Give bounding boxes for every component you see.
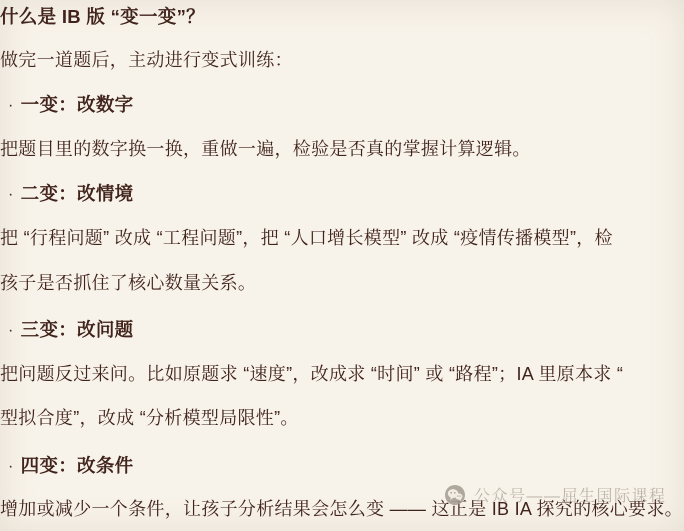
article-title: 什么是 IB 版 “变一变”？ xyxy=(0,4,684,30)
section-1-body-line: 把题目里的数字换一换，重做一遍，检验是否真的掌握计算逻辑。 xyxy=(0,136,684,162)
article-intro: 做完一道题后，主动进行变式训练： xyxy=(0,47,684,73)
section-2-body-line: 孩子是否抓住了核心数量关系。 xyxy=(0,270,684,296)
watermark-text: 公众号——屈生国际课程 xyxy=(474,483,667,506)
bullet-dot: · xyxy=(8,322,14,339)
section-2-heading: ·二变：改情境 xyxy=(8,181,684,207)
section-3-body-line: 型拟合度”，改成 “分析模型局限性”。 xyxy=(0,405,684,431)
bullet-dot: · xyxy=(8,186,14,203)
section-1-heading: ·一变：改数字 xyxy=(8,92,684,118)
section-3-body-line: 把问题反过来问。比如原题求 “速度”，改成求 “时间” 或 “路程”；IA 里原… xyxy=(0,361,684,387)
watermark: 公众号——屈生国际课程 xyxy=(444,483,667,506)
section-4-heading-text: 四变：改条件 xyxy=(21,455,134,476)
section-2-heading-text: 二变：改情境 xyxy=(21,183,134,204)
article-page: 什么是 IB 版 “变一变”？ 做完一道题后，主动进行变式训练： ·一变：改数字… xyxy=(0,0,684,531)
section-2-body-line: 把 “行程问题” 改成 “工程问题”，把 “人口增长模型” 改成 “疫情传播模型… xyxy=(0,225,684,251)
wechat-official-account-icon xyxy=(444,484,466,506)
bullet-dot: · xyxy=(8,97,14,114)
section-4-heading: ·四变：改条件 xyxy=(8,453,684,479)
section-3-heading: ·三变：改问题 xyxy=(8,317,684,343)
section-3-heading-text: 三变：改问题 xyxy=(21,319,134,340)
bullet-dot: · xyxy=(8,458,14,475)
section-1-heading-text: 一变：改数字 xyxy=(21,94,134,115)
